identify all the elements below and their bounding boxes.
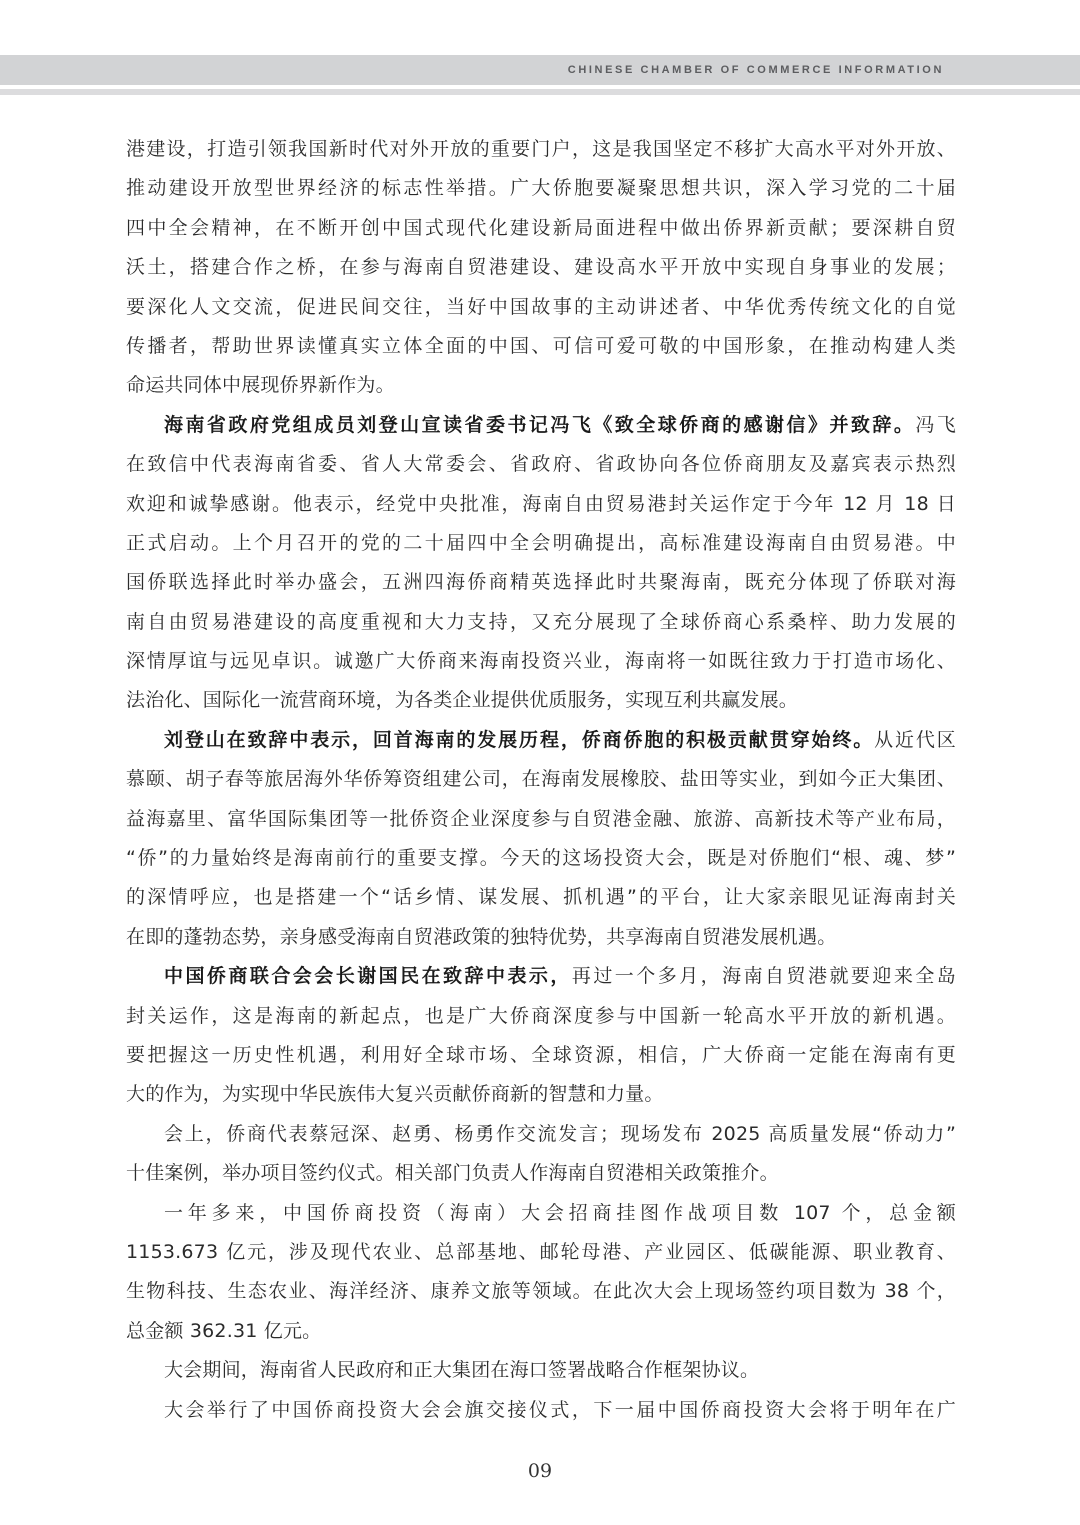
text-line: 四中全会精神，在不断开创中国式现代化建设新局面进程中做出侨界新贡献；要深耕自贸 [126, 209, 956, 248]
text-line: 1153.673 亿元，涉及现代农业、总部基地、邮轮母港、产业园区、低碳能源、职… [126, 1233, 956, 1272]
lead-sentence: 中国侨商联合会会长谢国民在致辞中表示， [164, 965, 572, 987]
text-line: 刘登山在致辞中表示，回首海南的发展历程，侨商侨胞的积极贡献贯穿始终。从近代区 [126, 721, 956, 760]
lead-sentence: 刘登山在致辞中表示，回首海南的发展历程，侨商侨胞的积极贡献贯穿始终。 [164, 729, 874, 751]
text-line: 要把握这一历史性机遇，利用好全球市场、全球资源，相信，广大侨商一定能在海南有更 [126, 1036, 956, 1075]
text-line: 要深化人文交流，促进民间交往，当好中国故事的主动讲述者、中华优秀传统文化的自觉 [126, 288, 956, 327]
text-line: 会上，侨商代表蔡冠深、赵勇、杨勇作交流发言；现场发布 2025 高质量发展“侨动… [126, 1115, 956, 1154]
paragraph: 大会举行了中国侨商投资大会会旗交接仪式，下一届中国侨商投资大会将于明年在广 [126, 1391, 956, 1430]
text-line: 深情厚谊与远见卓识。诚邀广大侨商来海南投资兴业，海南将一如既往致力于打造市场化、 [126, 642, 956, 681]
text-line: 推动建设开放型世界经济的标志性举措。广大侨胞要凝聚思想共识，深入学习党的二十届 [126, 169, 956, 208]
text-line: 港建设，打造引领我国新时代对外开放的重要门户，这是我国坚定不移扩大高水平对外开放… [126, 130, 956, 169]
text-line: 正式启动。上个月召开的党的二十届四中全会明确提出，高标准建设海南自由贸易港。中 [126, 524, 956, 563]
text-line: 大会举行了中国侨商投资大会会旗交接仪式，下一届中国侨商投资大会将于明年在广 [126, 1391, 956, 1430]
text-line: 一年多来，中国侨商投资（海南）大会招商挂图作战项目数 107 个，总金额 [126, 1194, 956, 1233]
paragraph: 会上，侨商代表蔡冠深、赵勇、杨勇作交流发言；现场发布 2025 高质量发展“侨动… [126, 1115, 956, 1194]
text-line: 法治化、国际化一流营商环境，为各类企业提供优质服务，实现互利共赢发展。 [126, 681, 956, 720]
paragraph: 刘登山在致辞中表示，回首海南的发展历程，侨商侨胞的积极贡献贯穿始终。从近代区 慕… [126, 721, 956, 957]
paragraph: 一年多来，中国侨商投资（海南）大会招商挂图作战项目数 107 个，总金额 115… [126, 1194, 956, 1352]
text-line: 大的作为，为实现中华民族伟大复兴贡献侨商新的智慧和力量。 [126, 1075, 956, 1114]
text-line: 海南省政府党组成员刘登山宣读省委书记冯飞《致全球侨商的感谢信》并致辞。冯飞 [126, 406, 956, 445]
text-line: 大会期间，海南省人民政府和正大集团在海口签署战略合作框架协议。 [126, 1351, 956, 1390]
paragraph: 港建设，打造引领我国新时代对外开放的重要门户，这是我国坚定不移扩大高水平对外开放… [126, 130, 956, 406]
text-line: “侨”的力量始终是海南前行的重要支撑。今天的这场投资大会，既是对侨胞们“根、魂、… [126, 839, 956, 878]
text-line: 益海嘉里、富华国际集团等一批侨资企业深度参与自贸港金融、旅游、高新技术等产业布局… [126, 800, 956, 839]
text-line: 慕颐、胡子春等旅居海外华侨筹资组建公司，在海南发展橡胶、盐田等实业，到如今正大集… [126, 760, 956, 799]
lead-sentence: 海南省政府党组成员刘登山宣读省委书记冯飞《致全球侨商的感谢信》并致辞。 [164, 414, 915, 436]
article-body: 港建设，打造引领我国新时代对外开放的重要门户，这是我国坚定不移扩大高水平对外开放… [126, 130, 956, 1430]
page-number: 09 [0, 1460, 1080, 1482]
text-span: 再过一个多月，海南自贸港就要迎来全岛 [572, 965, 956, 987]
text-line: 的深情呼应，也是搭建一个“话乡情、谋发展、抓机遇”的平台，让大家亲眼见证海南封关 [126, 878, 956, 917]
text-line: 在致信中代表海南省委、省人大常委会、省政府、省政协向各位侨商朋友及嘉宾表示热烈 [126, 445, 956, 484]
text-line: 欢迎和诚挚感谢。他表示，经党中央批准，海南自由贸易港封关运作定于今年 12 月 … [126, 485, 956, 524]
text-line: 传播者，帮助世界读懂真实立体全面的中国、可信可爱可敬的中国形象，在推动构建人类 [126, 327, 956, 366]
paragraph: 中国侨商联合会会长谢国民在致辞中表示，再过一个多月，海南自贸港就要迎来全岛 封关… [126, 957, 956, 1115]
text-line: 十佳案例，举办项目签约仪式。相关部门负责人作海南自贸港相关政策推介。 [126, 1154, 956, 1193]
header-divider [0, 89, 1080, 95]
text-span: 冯飞 [915, 414, 956, 436]
text-line: 命运共同体中展现侨界新作为。 [126, 366, 956, 405]
text-line: 封关运作，这是海南的新起点，也是广大侨商深度参与中国新一轮高水平开放的新机遇。 [126, 997, 956, 1036]
text-line: 国侨联选择此时举办盛会，五洲四海侨商精英选择此时共聚海南，既充分体现了侨联对海 [126, 563, 956, 602]
text-span: 从近代区 [874, 729, 956, 751]
paragraph: 大会期间，海南省人民政府和正大集团在海口签署战略合作框架协议。 [126, 1351, 956, 1390]
text-line: 沃土，搭建合作之桥，在参与海南自贸港建设、建设高水平开放中实现自身事业的发展； [126, 248, 956, 287]
text-line: 总金额 362.31 亿元。 [126, 1312, 956, 1351]
text-line: 生物科技、生态农业、海洋经济、康养文旅等领域。在此次大会上现场签约项目数为 38… [126, 1272, 956, 1311]
publication-title: CHINESE CHAMBER OF COMMERCE INFORMATION [568, 64, 944, 76]
text-line: 南自由贸易港建设的高度重视和大力支持，又充分展现了全球侨商心系桑梓、助力发展的 [126, 603, 956, 642]
paragraph: 海南省政府党组成员刘登山宣读省委书记冯飞《致全球侨商的感谢信》并致辞。冯飞 在致… [126, 406, 956, 721]
text-line: 在即的蓬勃态势，亲身感受海南自贸港政策的独特优势，共享海南自贸港发展机遇。 [126, 918, 956, 957]
text-line: 中国侨商联合会会长谢国民在致辞中表示，再过一个多月，海南自贸港就要迎来全岛 [126, 957, 956, 996]
